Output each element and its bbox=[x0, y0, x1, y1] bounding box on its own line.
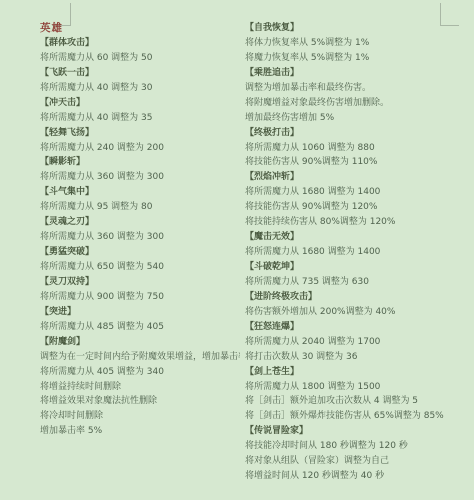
patch-note-line: 将所需魔力从 40 调整为 35 bbox=[40, 111, 240, 126]
patch-note-line: 将所需魔力从 735 调整为 630 bbox=[245, 275, 471, 290]
skill-name-header: 【轻舞飞扬】 bbox=[40, 126, 240, 141]
patch-note-line: 将所需魔力从 900 调整为 750 bbox=[40, 290, 240, 305]
skill-name-header: 【群体攻击】 bbox=[40, 36, 240, 51]
document-page: 英雄【群体攻击】将所需魔力从 60 调整为 50【飞跃一击】将所需魔力从 40 … bbox=[0, 0, 474, 500]
skill-name-header: 【斗气集中】 bbox=[40, 185, 240, 200]
patch-note-line: 调整为在一定时间内给予附魔效果增益，增加暴击率。 bbox=[40, 350, 240, 365]
patch-note-line: 将增益时间从 120 秒调整为 40 秒 bbox=[245, 469, 471, 484]
patch-note-line: 增加暴击率 5% bbox=[40, 424, 240, 439]
skill-name-header: 【魔击无效】 bbox=[245, 230, 471, 245]
skill-name-header: 【传说冒险家】 bbox=[245, 424, 471, 439]
skill-name-header: 【突进】 bbox=[40, 305, 240, 320]
skill-name-header: 【飞跃一击】 bbox=[40, 66, 240, 81]
patch-note-line: 将［剑击］额外追加攻击次数从 4 调整为 5 bbox=[245, 394, 471, 409]
patch-note-line: 将所需魔力从 485 调整为 405 bbox=[40, 320, 240, 335]
patch-note-line: 将打击次数从 30 调整为 36 bbox=[245, 350, 471, 365]
patch-note-line: 将增益效果对象魔法抗性删除 bbox=[40, 394, 240, 409]
skill-name-header: 【终极打击】 bbox=[245, 126, 471, 141]
patch-note-line: 将所需魔力从 1800 调整为 1500 bbox=[245, 380, 471, 395]
patch-note-line: 将所需魔力从 240 调整为 200 bbox=[40, 141, 240, 156]
patch-note-line: 将所需魔力从 1060 调整为 880 bbox=[245, 141, 471, 156]
patch-notes-column-left: 英雄【群体攻击】将所需魔力从 60 调整为 50【飞跃一击】将所需魔力从 40 … bbox=[40, 21, 240, 439]
patch-note-line: 将所需魔力从 2040 调整为 1700 bbox=[245, 335, 471, 350]
patch-note-line: 将技能伤害从 90%调整为 120% bbox=[245, 200, 471, 215]
skill-name-header: 【灵魂之刃】 bbox=[40, 215, 240, 230]
skill-name-header: 【狂怒连爆】 bbox=[245, 320, 471, 335]
patch-note-line: 调整为增加暴击率和最终伤害。 bbox=[245, 81, 471, 96]
patch-note-line: 将所需魔力从 360 调整为 300 bbox=[40, 170, 240, 185]
patch-note-line: 将对象从组队（冒险家）调整为自己 bbox=[245, 454, 471, 469]
patch-note-line: 将附魔增益对象最终伤害增加删除。 bbox=[245, 96, 471, 111]
skill-name-header: 【斗破乾坤】 bbox=[245, 260, 471, 275]
patch-note-line: 将增益持续时间删除 bbox=[40, 380, 240, 395]
patch-note-line: 将所需魔力从 405 调整为 340 bbox=[40, 365, 240, 380]
skill-name-header: 【灵刀双持】 bbox=[40, 275, 240, 290]
skill-name-header: 【勇猛突破】 bbox=[40, 245, 240, 260]
patch-note-line: 将所需魔力从 95 调整为 80 bbox=[40, 200, 240, 215]
patch-note-line: 将所需魔力从 60 调整为 50 bbox=[40, 51, 240, 66]
patch-note-line: 将所需魔力从 40 调整为 30 bbox=[40, 81, 240, 96]
patch-note-line: 将伤害额外增加从 200%调整为 40% bbox=[245, 305, 471, 320]
patch-note-line: 将技能持续伤害从 80%调整为 120% bbox=[245, 215, 471, 230]
patch-note-line: 将所需魔力从 1680 调整为 1400 bbox=[245, 245, 471, 260]
patch-note-line: 将技能伤害从 90%调整为 110% bbox=[245, 155, 471, 170]
page-title: 英雄 bbox=[40, 21, 240, 36]
patch-note-line: 将所需魔力从 360 调整为 300 bbox=[40, 230, 240, 245]
patch-notes-column-right: 【自我恢复】将体力恢复率从 5%调整为 1%将魔力恢复率从 5%调整为 1%【乘… bbox=[245, 21, 471, 484]
patch-note-line: 将冷却时间删除 bbox=[40, 409, 240, 424]
skill-name-header: 【进阶终极攻击】 bbox=[245, 290, 471, 305]
patch-note-line: 将［剑击］额外爆炸技能伤害从 65%调整为 85% bbox=[245, 409, 471, 424]
skill-name-header: 【瞬影斩】 bbox=[40, 155, 240, 170]
skill-name-header: 【附魔剑】 bbox=[40, 335, 240, 350]
patch-note-line: 将体力恢复率从 5%调整为 1% bbox=[245, 36, 471, 51]
skill-name-header: 【剑上苍生】 bbox=[245, 365, 471, 380]
skill-name-header: 【自我恢复】 bbox=[245, 21, 471, 36]
patch-note-line: 将所需魔力从 650 调整为 540 bbox=[40, 260, 240, 275]
patch-note-line: 将魔力恢复率从 5%调整为 1% bbox=[245, 51, 471, 66]
patch-note-line: 增加最终伤害增加 5% bbox=[245, 111, 471, 126]
patch-note-line: 将所需魔力从 1680 调整为 1400 bbox=[245, 185, 471, 200]
skill-name-header: 【冲天击】 bbox=[40, 96, 240, 111]
patch-note-line: 将技能冷却时间从 180 秒调整为 120 秒 bbox=[245, 439, 471, 454]
skill-name-header: 【烈焰冲斩】 bbox=[245, 170, 471, 185]
skill-name-header: 【乘胜追击】 bbox=[245, 66, 471, 81]
